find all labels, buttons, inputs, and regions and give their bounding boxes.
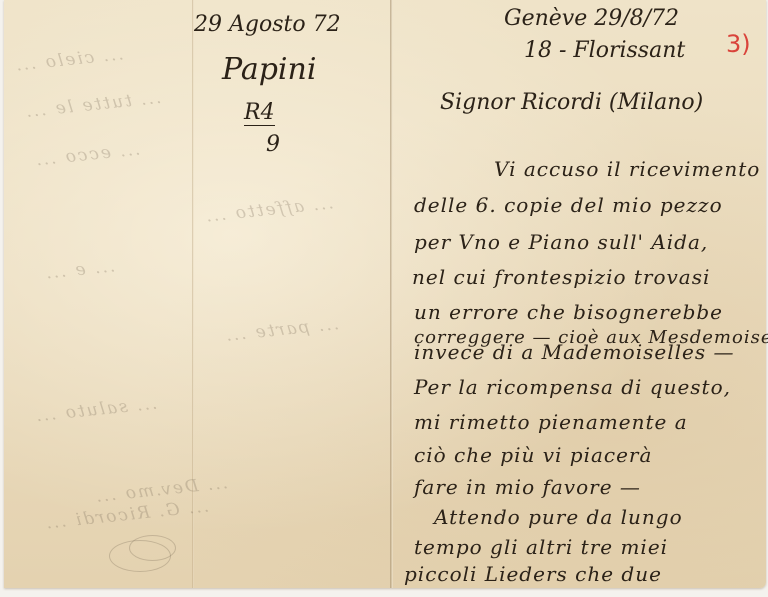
letter-salutation: Signor Ricordi (Milano) <box>440 90 703 115</box>
letter-place-date: Genève 29/8/72 <box>504 6 679 31</box>
letter-address: 18 - Florissant <box>524 38 685 63</box>
letter-body-line: tempo gli altri tre miei <box>414 535 668 559</box>
annotation-date: 29 Agosto 72 <box>194 12 341 37</box>
letter-body-line: invece di a Mademoiselles — <box>414 340 734 364</box>
annotation-number: 9 <box>266 132 280 157</box>
fold-crease-center <box>390 0 393 588</box>
bleed-through-line: ... tutte le ... <box>23 88 162 122</box>
bleed-through-line: ... affetto ... <box>203 193 334 226</box>
letter-body-line: Per la ricompensa di questo, <box>414 375 731 399</box>
letter-body-line: ciò che più vi piacerà <box>414 443 652 467</box>
letter-body-line: mi rimetto pienamente a <box>414 410 688 434</box>
page-number: 3) <box>726 30 751 58</box>
letter-body-line: piccoli Lieders che due <box>404 562 662 586</box>
bleed-through-line: ... saluto ... <box>33 394 158 427</box>
bleed-through-line: ... ecco ... <box>33 139 141 170</box>
faded-stamp <box>129 535 176 561</box>
bleed-through-line: ... cielo ... <box>13 44 124 75</box>
letter-body-line: Vi accuso il ricevimento <box>494 157 760 181</box>
letter-sheet: ... cielo ... ... tutte le ... ... ecco … <box>4 0 766 588</box>
letter-body-line: fare in mio favore — <box>414 475 641 499</box>
annotation-name: Papini <box>222 52 316 87</box>
annotation-reference: R4 <box>244 100 275 126</box>
letter-body-line: Attendo pure da lungo <box>434 505 683 529</box>
letter-body-line: delle 6. copie del mio pezzo <box>414 193 723 217</box>
letter-body-line: un errore che bisognerebbe <box>414 300 723 324</box>
bleed-through-line: ... parte ... <box>223 314 340 346</box>
bleed-through-line: ... e ... <box>43 256 116 283</box>
letter-body-line: per Vno e Piano sull' Aida, <box>414 230 708 254</box>
letter-body-line: nel cui frontespizio trovasi <box>412 265 710 289</box>
